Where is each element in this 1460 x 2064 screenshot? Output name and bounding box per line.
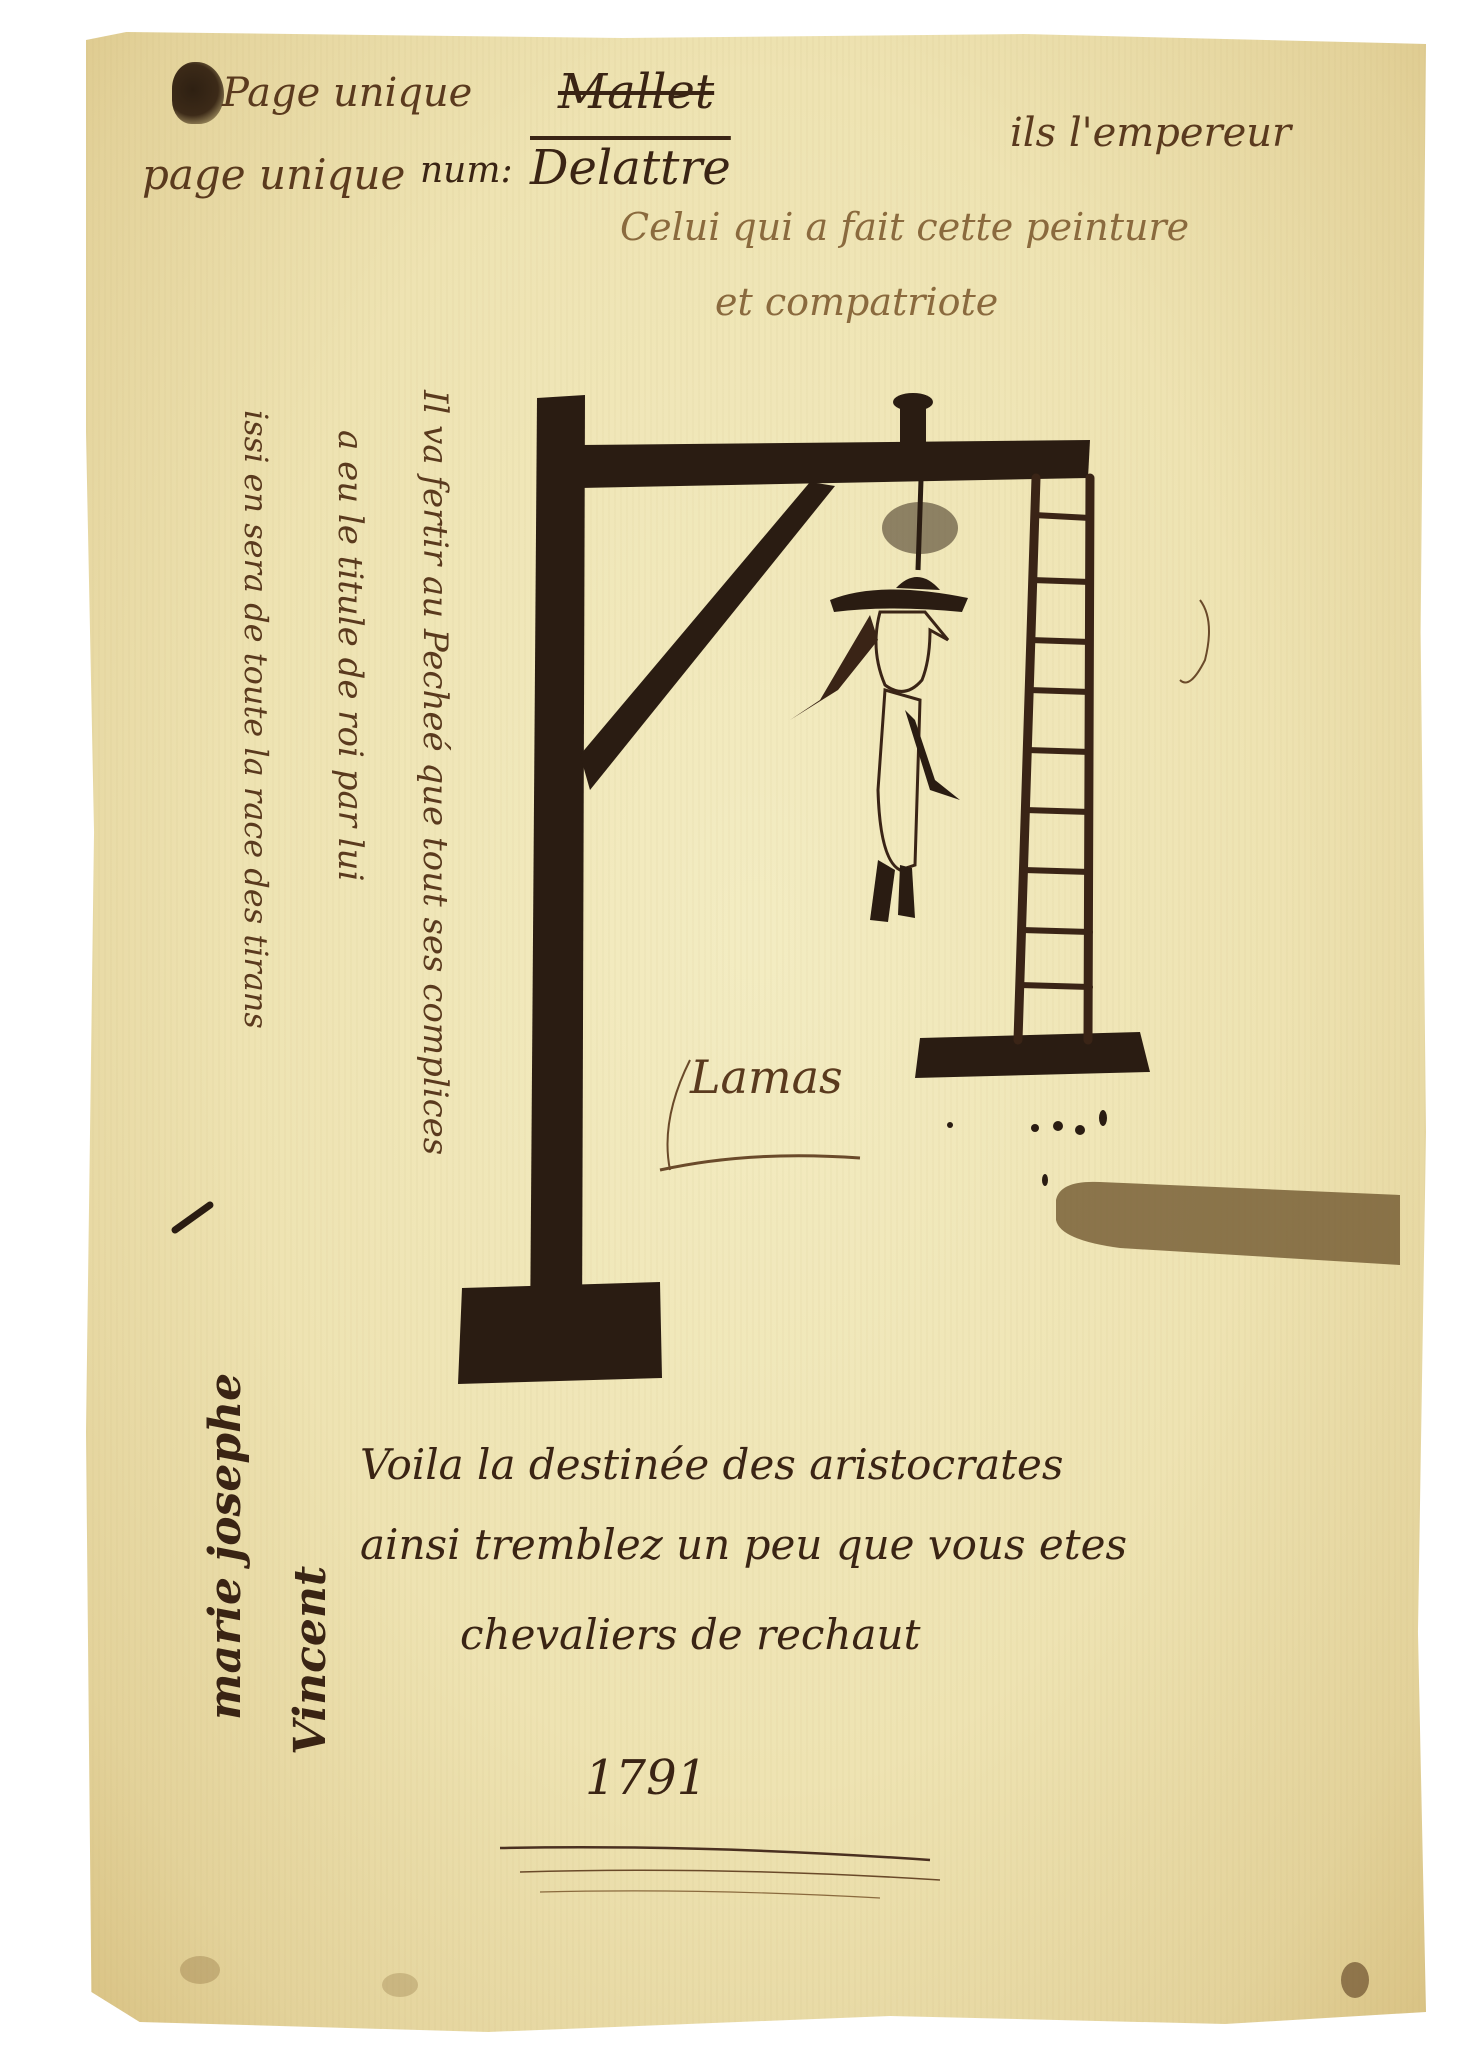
footer-line1: Voila la destinée des aristocrates: [360, 1440, 1063, 1489]
signature-lamas: Lamas: [690, 1050, 843, 1104]
footer-line2: ainsi tremblez un peu que vous etes: [360, 1520, 1127, 1569]
hanged-figure-icon: [790, 577, 968, 922]
gallows-drawing: [0, 0, 1460, 2064]
footer-line3: chevaliers de rechaut: [460, 1610, 920, 1659]
footer-date: 1791: [585, 1750, 707, 1806]
